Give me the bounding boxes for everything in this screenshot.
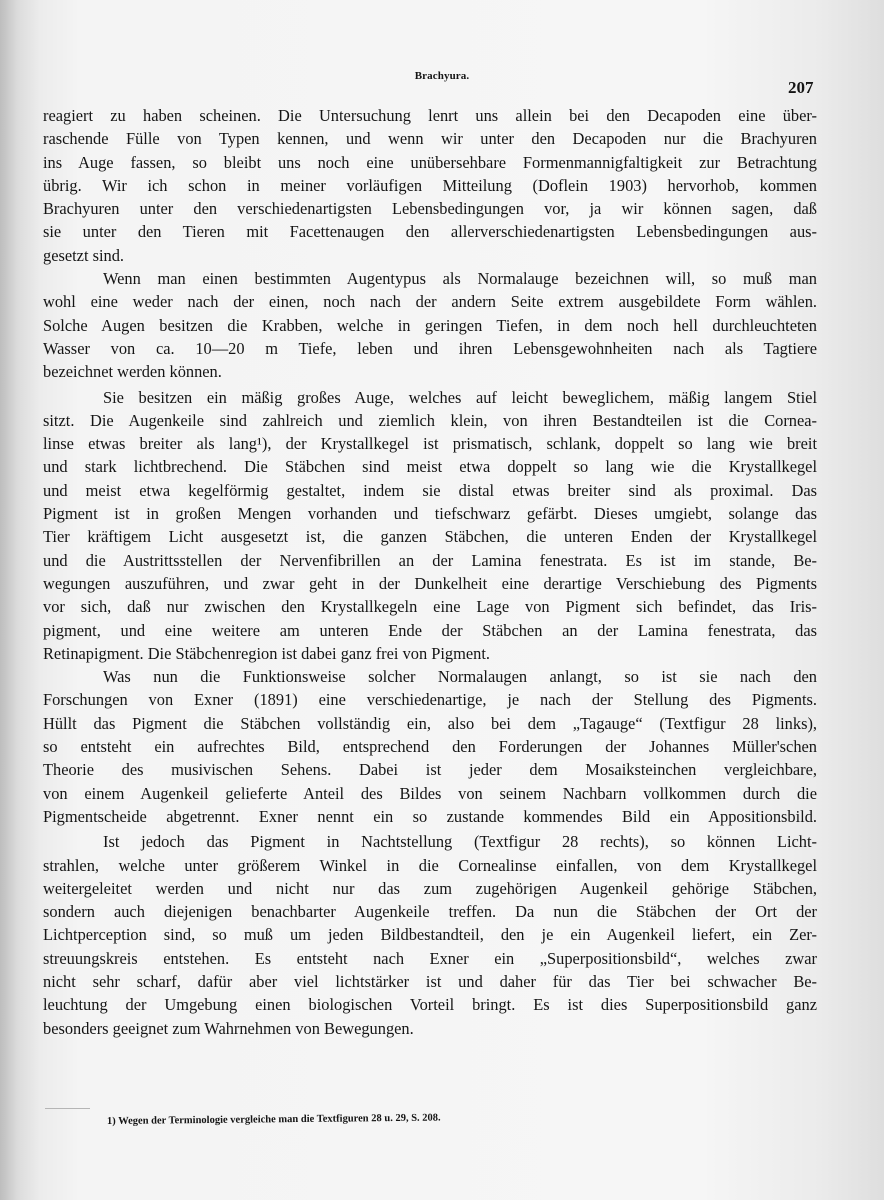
- text-line: und meist etwa kegelförmig gestaltet, in…: [43, 479, 817, 502]
- text-line: und die Austrittsstellen der Nervenfibri…: [43, 549, 817, 572]
- text-line: reagiert zu haben scheinen. Die Untersuc…: [43, 104, 817, 127]
- text-line: Tier kräftigem Licht ausgesetzt ist, die…: [43, 525, 817, 548]
- text-line: Pigment ist in großen Mengen vorhanden u…: [43, 502, 817, 525]
- paragraph-start: Ist jedoch das Pigment in Nachtstellung …: [43, 830, 817, 853]
- text-line: von einem Augenkeil gelieferte Anteil de…: [43, 782, 817, 805]
- text-line: Retinapigment. Die Stäbchenregion ist da…: [43, 642, 817, 665]
- text-line: so entsteht ein aufrechtes Bild, entspre…: [43, 735, 817, 758]
- text-line: pigment, und eine weitere am unteren End…: [43, 619, 817, 642]
- text-line: besonders geeignet zum Wahrnehmen von Be…: [43, 1017, 817, 1040]
- text-line: gesetzt sind.: [43, 244, 817, 267]
- text-line: leuchtung der Umgebung einen biologische…: [43, 993, 817, 1016]
- text-line: weitergeleitet werden und nicht nur das …: [43, 877, 817, 900]
- text-line: wohl eine weder nach der einen, noch nac…: [43, 290, 817, 313]
- text-line: Forschungen von Exner (1891) eine versch…: [43, 688, 817, 711]
- text-line: Solche Augen besitzen die Krabben, welch…: [43, 314, 817, 337]
- text-line: linse etwas breiter als lang¹), der Krys…: [43, 432, 817, 455]
- text-line: strahlen, welche unter größerem Winkel i…: [43, 854, 817, 877]
- text-line: streuungskreis entstehen. Es entsteht na…: [43, 947, 817, 970]
- text-line: Theorie des musivischen Sehens. Dabei is…: [43, 758, 817, 781]
- text-line: ins Auge fassen, so bleibt uns noch eine…: [43, 151, 817, 174]
- paragraph-start: Sie besitzen ein mäßig großes Auge, welc…: [43, 386, 817, 409]
- page-number: 207: [788, 78, 814, 98]
- text-line: nicht sehr scharf, dafür aber viel licht…: [43, 970, 817, 993]
- text-line: und stark lichtbrechend. Die Stäbchen si…: [43, 455, 817, 478]
- text-line: Wasser von ca. 10—20 m Tiefe, leben und …: [43, 337, 817, 360]
- text-line: sitzt. Die Augenkeile sind zahlreich und…: [43, 409, 817, 432]
- text-line: bezeichnet werden können.: [43, 360, 817, 383]
- text-line: Brachyuren unter den verschiedenartigste…: [43, 197, 817, 220]
- footnote-divider: [45, 1108, 90, 1109]
- text-line: Pigmentscheide abgetrennt. Exner nennt e…: [43, 805, 817, 828]
- text-line: Hüllt das Pigment die Stäbchen vollständ…: [43, 712, 817, 735]
- body-text: reagiert zu haben scheinen. Die Untersuc…: [43, 104, 817, 1040]
- text-line: sie unter den Tieren mit Facettenaugen d…: [43, 220, 817, 243]
- paragraph-start: Wenn man einen bestimmten Augentypus als…: [43, 267, 817, 290]
- text-line: vor sich, daß nur zwischen den Krystallk…: [43, 595, 817, 618]
- text-line: sondern auch diejenigen benachbarter Aug…: [43, 900, 817, 923]
- paragraph-start: Was nun die Funktionsweise solcher Norma…: [43, 665, 817, 688]
- text-line: raschende Fülle von Typen kennen, und we…: [43, 127, 817, 150]
- text-line: wegungen auszuführen, und zwar geht in d…: [43, 572, 817, 595]
- running-head: Brachyura.: [0, 70, 884, 82]
- text-line: Lichtperception sind, so muß um jeden Bi…: [43, 923, 817, 946]
- text-line: übrig. Wir ich schon in meiner vorläufig…: [43, 174, 817, 197]
